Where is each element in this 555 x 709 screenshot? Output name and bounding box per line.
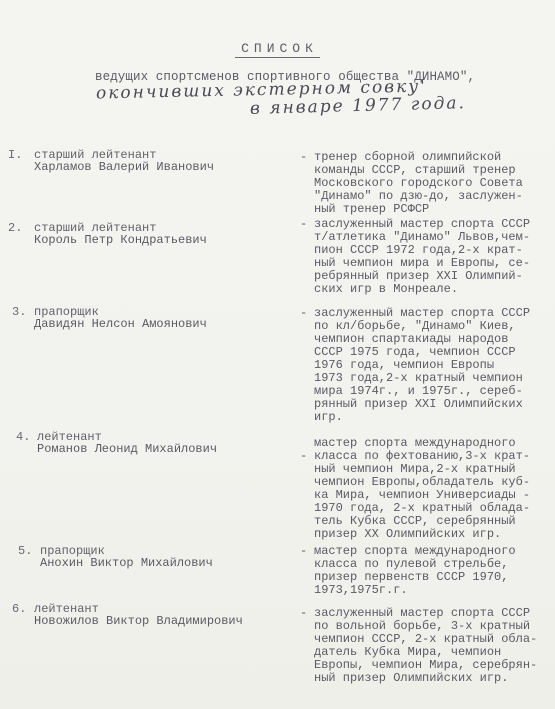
entry-description: мастер спорта международногокласса по пу… [314,545,554,597]
entry-dash: - [300,545,307,558]
entry-number: 4. [16,431,30,444]
entry-name: Анохин Виктор Михайлович [40,557,213,570]
description-line: призер XX Олимпийских игр. [314,528,554,541]
description-line: 1973,1975г.г. [314,584,554,597]
document-page: СПИСОК ведущих спортсменов спортивного о… [0,0,555,709]
entry-number: I. [8,149,22,162]
entry-name: Король Петр Кондратьевич [34,234,207,247]
entry-dash: - [300,151,307,164]
entry-number: 3. [12,306,26,319]
description-line: ный тренер РСФСР [314,203,554,216]
entry-description: тренер сборной олимпийскойкоманды СССР, … [314,151,554,216]
description-line: ный призер Олимпийских игр. [314,672,554,685]
entry-description: заслуженный мастер спорта СССРпо кл/борь… [314,307,554,424]
entry-number: 5. [18,545,32,558]
entry-dash: - [300,218,307,231]
description-line: ских игр в Монреале. [314,283,554,296]
description-line: игр. [314,411,554,424]
entry-dash: - [300,607,307,620]
description-line: рянный призер XXI Олимпийских [314,398,554,411]
entry-dash: - [300,450,307,463]
entry-name: Романов Леонид Михайлович [37,443,217,456]
document-title: СПИСОК [0,41,555,58]
entry-name: Давидян Нелсон Амоянович [34,318,207,331]
entry-description: заслуженный мастер спорта СССРпо вольной… [314,607,554,685]
entry-number: 2. [8,222,22,235]
entry-dash: - [300,307,307,320]
entry-description: мастер спорта международногокласса по фе… [314,437,554,541]
entry-name: Новожилов Виктор Владимирович [34,615,243,628]
entry-description: заслуженный мастер спорта СССРт/атлетика… [314,218,554,296]
handwritten-annotation-line-2: в январе 1977 года. [250,93,466,119]
entry-number: 6. [12,603,26,616]
entry-name: Харламов Валерий Иванович [34,161,214,174]
